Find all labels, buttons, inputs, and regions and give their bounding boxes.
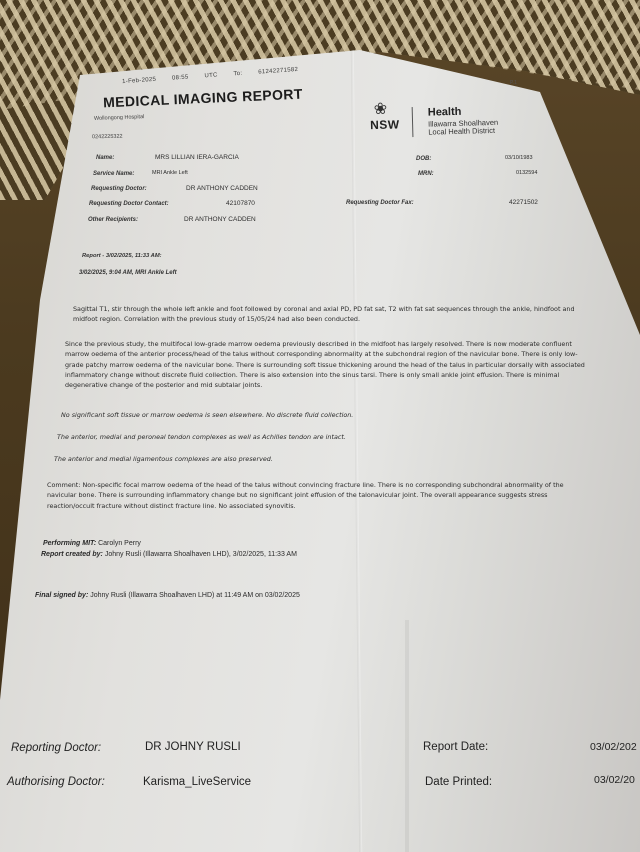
final-signed-by: Final signed by: Johny Rusli (Illawarra … [35,592,300,599]
requesting-fax-label: Requesting Doctor Fax: [346,200,414,206]
nsw-wordmark: NSW [370,117,400,132]
logo-divider [412,107,414,137]
exam-description: 3/02/2025, 9:04 AM, MRI Ankle Left [79,270,177,276]
performing-mit-value: Carolyn Perry [98,540,141,547]
hospital-phone: 0242225322 [92,134,123,141]
name-label: Name: [96,155,114,161]
reporting-doctor: DR JOHNY RUSLI [145,741,241,753]
patient-name: MRS LILLIAN IERA-GARCIA [155,154,239,161]
fax-time: 08:55 [172,75,189,82]
findings-tendons: The anterior, medial and peroneal tendon… [57,432,577,442]
requesting-contact: 42107870 [226,200,255,207]
report-date-label: Report Date: [423,741,488,753]
date-printed-label: Date Printed: [425,776,492,788]
final-signed-label: Final signed by: [35,592,88,599]
requesting-doctor: DR ANTHONY CADDEN [186,185,258,192]
report-timestamp: Report - 3/02/2025, 11:33 AM: [82,253,162,259]
findings-soft-tissue: No significant soft tissue or marrow oed… [61,410,581,420]
technique-paragraph: Sagittal T1, stir through the whole left… [73,304,583,325]
findings-paragraph: Since the previous study, the multifocal… [65,339,585,390]
page-number: P.1 [510,80,517,86]
final-signed-value: Johny Rusli (Illawarra Shoalhaven LHD) a… [90,592,300,599]
mrn-label: MRN: [418,171,434,177]
findings-ligaments: The anterior and medial ligamentous comp… [54,454,574,464]
report-created-value: Johny Rusli (Illawarra Shoalhaven LHD), … [105,551,297,558]
service-name: MRI Ankle Left [152,170,188,176]
waratah-icon: ❀ NSW [370,101,405,138]
district-name-line2: Local Health District [428,126,495,137]
comment-paragraph: Comment: Non-specific focal marrow oedem… [47,480,592,511]
dob-label: DOB: [416,156,431,162]
reporting-doctor-label: Reporting Doctor: [11,742,101,754]
other-recipients-label: Other Recipients: [88,217,138,223]
report-created-by: Report created by: Johny Rusli (Illawarr… [41,551,297,558]
nsw-health-logo: ❀ NSW Health Illawarra Shoalhaven Local … [368,98,539,142]
other-recipients: DR ANTHONY CADDEN [184,216,256,223]
report-created-label: Report created by: [41,551,103,558]
authorising-doctor: Karisma_LiveService [143,776,251,788]
report-paper [0,0,640,852]
report-date: 03/02/202 [590,741,637,753]
performing-mit: Performing MIT: Carolyn Perry [43,540,141,547]
requesting-doctor-label: Requesting Doctor: [91,186,147,192]
performing-mit-label: Performing MIT: [43,540,96,547]
requesting-contact-label: Requesting Doctor Contact: [89,201,169,207]
dob: 03/10/1983 [505,155,533,161]
date-printed: 03/02/20 [594,774,635,786]
service-label: Service Name: [93,171,134,177]
requesting-fax: 42271502 [509,199,538,206]
paper-fold [405,620,409,852]
mrn: 0132594 [516,170,537,176]
health-wordmark: Health [428,106,462,119]
fax-tz: UTC [204,72,218,79]
authorising-doctor-label: Authorising Doctor: [7,776,105,788]
